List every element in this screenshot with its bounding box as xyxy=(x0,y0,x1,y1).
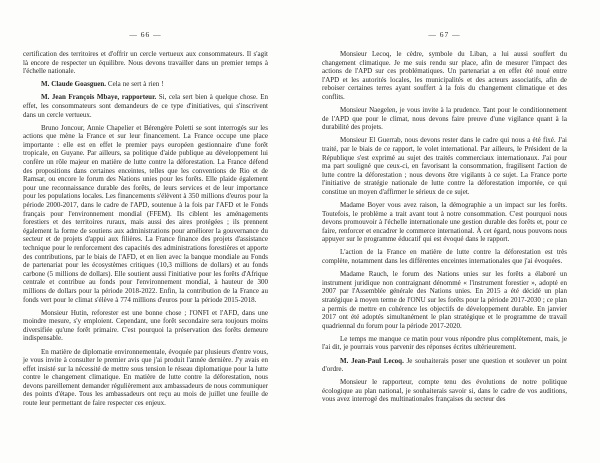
paragraph: Monsieur Naegelen, je vous invite à la p… xyxy=(322,106,567,132)
paragraph: En matière de diplomatie environnemental… xyxy=(23,348,268,408)
paragraph: Monsieur El Guerrab, nous devons rester … xyxy=(322,136,567,196)
page-67-number: — 67 — xyxy=(322,30,567,39)
page-66: — 66 —certification des territoires et d… xyxy=(23,0,268,412)
document-scan: — 66 —certification des territoires et d… xyxy=(0,0,600,463)
speech-paragraph: M. Jean François Mbaye, rapporteur. Si, … xyxy=(23,93,268,119)
page-66-number: — 66 — xyxy=(23,30,268,39)
speaker-name: M. Jean François Mbaye, rapporteur. xyxy=(41,93,156,101)
paragraph: Bruno Joncour, Annie Chapelier et Béreng… xyxy=(23,124,268,304)
paragraph: Monsieur le rapporteur, compte tenu des … xyxy=(322,378,567,404)
paragraph: certification des territoires et d'offri… xyxy=(23,50,268,76)
paragraph: Monsieur Lecoq, le cèdre, symbole du Lib… xyxy=(322,50,567,102)
speech-paragraph: M. Jean-Paul Lecoq. Je souhaiterais pose… xyxy=(322,357,567,374)
speech-paragraph: M. Claude Goasguen. Cela ne sert à rien … xyxy=(23,80,268,89)
paragraph: Le temps me manque ce matin pour vous ré… xyxy=(322,335,567,352)
speaker-name: M. Jean-Paul Lecoq. xyxy=(340,357,404,365)
paragraph: L'action de la France en matière de lutt… xyxy=(322,248,567,265)
paragraph: Madame Boyer vous avez raison, la démogr… xyxy=(322,201,567,244)
page-67: — 67 —Monsieur Lecoq, le cèdre, symbole … xyxy=(322,0,567,408)
paragraph: Monsieur Hutin, reforester est une bonne… xyxy=(23,309,268,343)
document-spread: — 66 —certification des territoires et d… xyxy=(0,0,600,412)
speaker-name: M. Claude Goasguen. xyxy=(41,80,106,88)
paragraph: Madame Rauch, le forum des Nations unies… xyxy=(322,270,567,330)
